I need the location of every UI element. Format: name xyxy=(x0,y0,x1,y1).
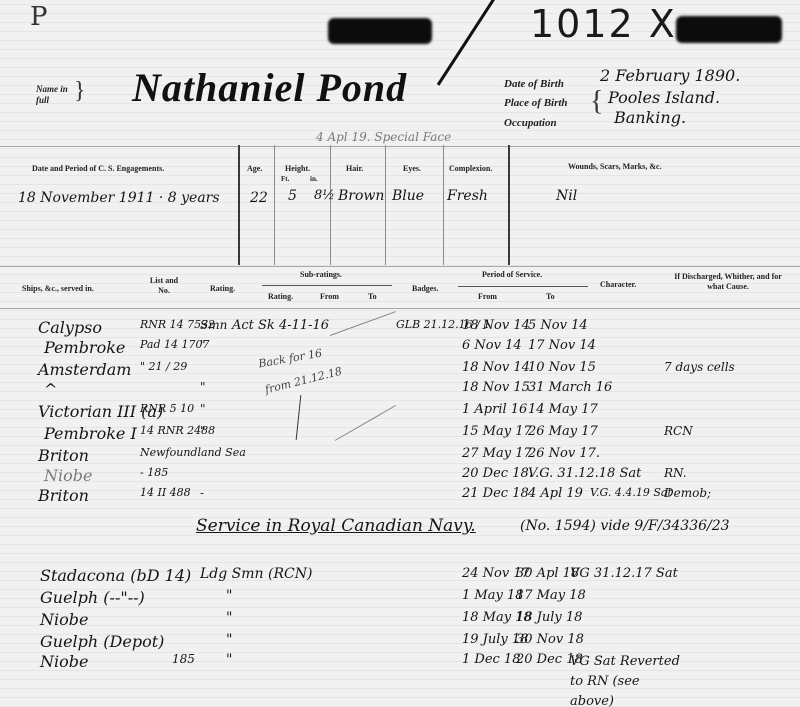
cell-to: 4 Apl 19 xyxy=(528,486,583,501)
hdr-list-no: List and No. xyxy=(146,276,182,296)
pob-value: Pooles Island. xyxy=(608,88,720,107)
cell-ship: Niobe xyxy=(44,466,92,485)
engagement-hair: Brown xyxy=(338,188,384,204)
redacted-block-right xyxy=(676,16,782,43)
pen-stroke xyxy=(335,405,396,441)
rule xyxy=(0,146,800,147)
cell-rating: " xyxy=(226,588,232,604)
cell-from: 1 Dec 18 xyxy=(462,652,520,667)
cell-rating: " xyxy=(226,610,232,626)
engagement-height-in: 8½ xyxy=(314,188,335,203)
cell-to: 18 July 18 xyxy=(516,610,582,625)
engagement-wounds: Nil xyxy=(556,188,577,204)
occupation-label: Occupation xyxy=(504,117,557,129)
cell-sub: Act Sk 4-11-16 xyxy=(232,318,329,333)
rcn-section-ref: (No. 1594) vide 9/F/34336/23 xyxy=(520,518,730,534)
col-divider xyxy=(238,145,240,265)
cell-to: 5 Nov 14 xyxy=(528,318,588,333)
hdr-sub-from: From xyxy=(320,292,339,301)
margin-note-line2: from 21.12.18 xyxy=(264,365,344,397)
cell-list: " 21 / 29 xyxy=(140,360,187,373)
hdr-ships: Ships, &c., served in. xyxy=(22,284,94,293)
engagement-height-ft: 5 xyxy=(288,188,297,204)
cell-discharged: Demob; xyxy=(664,486,711,500)
cell-to: 17 Nov 14 xyxy=(528,338,596,353)
name-brace: } xyxy=(74,78,86,105)
hdr-character: Character. xyxy=(600,280,636,289)
cell-from: 18 Nov 14 xyxy=(462,360,530,375)
hdr-subratings: Sub-ratings. xyxy=(300,270,342,279)
dob-label: Date of Birth xyxy=(504,78,564,90)
engagement-period: 18 November 1911 · 8 years xyxy=(18,190,220,206)
hdr-hair: Hair. xyxy=(346,164,363,173)
cell-to: 10 Nov 15 xyxy=(528,360,596,375)
cell-rating: " xyxy=(200,380,206,394)
cell-to: 26 Nov 17. xyxy=(528,446,600,461)
cell-list: RNR 5 10 xyxy=(140,402,194,415)
col-divider xyxy=(385,145,386,265)
cell-discharged: 7 days cells xyxy=(664,360,735,374)
cell-from: 1 May 18 xyxy=(462,588,523,603)
col-divider xyxy=(508,145,510,265)
cell-to: 17 May 18 xyxy=(516,588,586,603)
margin-note-line1: Back for 16 xyxy=(257,347,323,371)
hdr-period: Period of Service. xyxy=(482,270,542,279)
cell-rating: " xyxy=(226,652,232,668)
cell-rating: " xyxy=(200,424,206,438)
engagement-eyes: Blue xyxy=(392,188,424,204)
rcn-section-title: Service in Royal Canadian Navy. xyxy=(196,516,476,536)
cell-from: 6 Nov 14 xyxy=(462,338,522,353)
hdr-height: Height. xyxy=(285,164,310,173)
official-number: 1012 X xyxy=(530,2,677,46)
cell-ship: Guelph (--"--) xyxy=(40,588,145,607)
hdr-sub-to: To xyxy=(368,292,377,301)
cell-rating: " xyxy=(226,632,232,648)
engagement-age: 22 xyxy=(250,190,268,206)
top-annotation: 4 Apl 19. Special Face xyxy=(316,130,451,144)
cell-from: 27 May 17 xyxy=(462,446,532,461)
cell-ship: Pembroke I xyxy=(44,424,137,443)
cell-rating: Ldg Smn (RCN) xyxy=(200,566,312,582)
cell-to: 26 May 17 xyxy=(528,424,598,439)
name-label: Name in full xyxy=(36,84,74,106)
cell-rating: " xyxy=(200,338,206,352)
rule xyxy=(458,286,588,287)
dob-value: 2 February 1890. xyxy=(600,66,740,85)
corner-mark: P xyxy=(30,2,48,32)
full-name: Nathaniel Pond xyxy=(132,64,407,111)
hdr-badges: Badges. xyxy=(412,284,438,293)
pen-stroke xyxy=(437,0,497,86)
cell-from: 21 Dec 18 xyxy=(462,486,529,501)
cell-ship: Guelph (Depot) xyxy=(40,632,164,651)
hdr-eyes: Eyes. xyxy=(403,164,421,173)
cell-list: 185 xyxy=(172,652,195,666)
cell-character: VG 31.12.17 Sat xyxy=(570,566,678,581)
cell-to: 14 May 17 xyxy=(528,402,598,417)
cell-from: 18 Nov 15 xyxy=(462,380,530,395)
pob-brace: { xyxy=(590,86,603,118)
pen-stroke xyxy=(330,311,396,336)
cell-rating: " xyxy=(200,402,206,416)
cell-ship: Pembroke xyxy=(44,338,125,357)
engagement-complexion: Fresh xyxy=(447,188,488,204)
cell-from: 18 Nov 14 xyxy=(462,318,530,333)
cell-ship: Niobe xyxy=(40,652,88,671)
hdr-period-from: From xyxy=(478,292,497,301)
pen-stroke xyxy=(296,395,302,440)
hdr-discharged: If Discharged, Whither, and for what Cau… xyxy=(668,272,788,292)
rule xyxy=(0,308,800,309)
rule xyxy=(262,285,392,286)
cell-to: 31 March 16 xyxy=(528,380,612,395)
cell-ship: Briton xyxy=(38,446,89,465)
hdr-period: Date and Period of C. S. Engagements. xyxy=(32,164,164,173)
cell-ship: Amsterdam xyxy=(38,360,131,379)
col-divider xyxy=(274,145,275,265)
cell-ship: Calypso xyxy=(38,318,102,337)
cell-list: - 185 xyxy=(140,466,168,479)
redacted-block-left xyxy=(328,18,432,44)
cell-rating: Smn xyxy=(200,318,227,332)
cell-rating: - xyxy=(200,486,204,500)
cell-to: V.G. 31.12.18 Sat xyxy=(528,466,641,481)
cell-list: Newfoundland Sea xyxy=(140,446,246,459)
col-divider xyxy=(330,145,331,265)
pob-label: Place of Birth xyxy=(504,97,568,109)
hdr-sub-rating: Rating. xyxy=(268,292,293,301)
hdr-height-in: in. xyxy=(310,175,318,183)
rule xyxy=(0,266,800,267)
hdr-height-ft: Ft. xyxy=(281,175,289,183)
cell-ship: Niobe xyxy=(40,610,88,629)
hdr-age: Age. xyxy=(247,164,262,173)
hdr-rating: Rating. xyxy=(210,284,235,293)
col-divider xyxy=(443,145,444,265)
hdr-period-to: To xyxy=(546,292,555,301)
cell-ship: Briton xyxy=(38,486,89,505)
cell-discharged: RCN xyxy=(664,424,693,438)
occupation-value: Banking. xyxy=(614,108,686,127)
hdr-complexion: Complexion. xyxy=(449,164,492,173)
cell-character: VG Sat Reverted to RN (see above) xyxy=(570,652,680,707)
cell-ship: Stadacona (bD 14) xyxy=(40,566,191,585)
cell-to: 30 Nov 18 xyxy=(516,632,584,647)
cell-list: 14 II 488 xyxy=(140,486,191,499)
cell-from: 1 April 16 xyxy=(462,402,527,417)
cell-from: 15 May 17 xyxy=(462,424,532,439)
cell-discharged: RN. xyxy=(664,466,687,480)
cell-character: V.G. 4.4.19 Sat xyxy=(590,486,672,499)
cell-ship: ^ xyxy=(44,380,57,399)
hdr-wounds: Wounds, Scars, Marks, &c. xyxy=(568,162,662,171)
cell-from: 20 Dec 18. xyxy=(462,466,533,481)
